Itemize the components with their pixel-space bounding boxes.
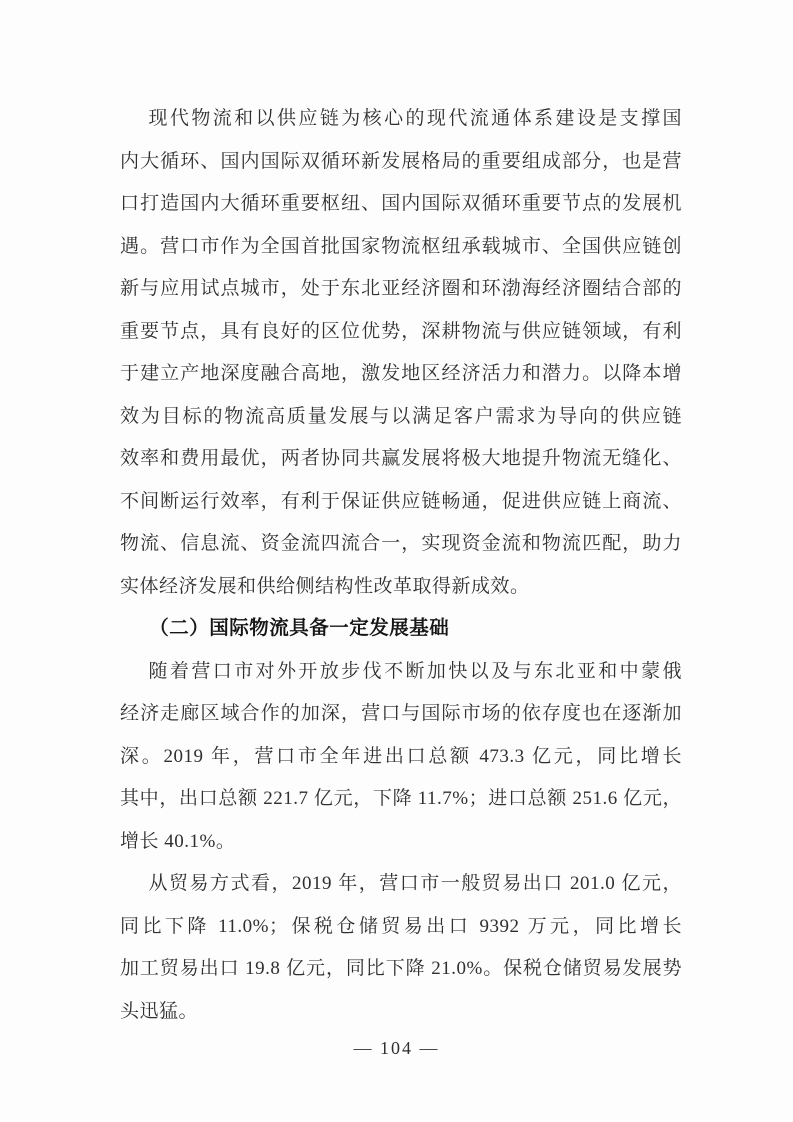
body-line: 内大循环、国内国际双循环新发展格局的重要组成部分，也是营 [120,141,682,184]
body-line: 随着营口市对外开放步伐不断加快以及与东北亚和中蒙俄 [120,651,682,694]
body-line: 头迅猛。 [120,991,682,1034]
body-line: 新与应用试点城市，处于东北亚经济圈和环渤海经济圈结合部的 [120,268,682,311]
body-line: 口打造国内大循环重要枢纽、国内国际双循环重要节点的发展机 [120,183,682,226]
body-line: 深。2019 年，营口市全年进出口总额 473.3 亿元，同比增长 9.9%。 [120,736,682,779]
section-heading: （二）国际物流具备一定发展基础 [120,608,682,651]
body-line: 遇。营口市作为全国首批国家物流枢纽承载城市、全国供应链创 [120,226,682,269]
body-line: 不间断运行效率，有利于保证供应链畅通，促进供应链上商流、 [120,481,682,524]
body-line: 同比下降 11.0%；保税仓储贸易出口 9392 万元，同比增长 301.8%； [120,906,682,949]
body-line: 经济走廊区域合作的加深，营口与国际市场的依存度也在逐渐加 [120,693,682,736]
body-line: 重要节点，具有良好的区位优势，深耕物流与供应链领域，有利 [120,311,682,354]
body-line: 加工贸易出口 19.8 亿元，同比下降 21.0%。保税仓储贸易发展势 [120,948,682,991]
body-line: 其中，出口总额 221.7 亿元，下降 11.7%；进口总额 251.6 亿元， [120,778,682,821]
body-line: 从贸易方式看，2019 年，营口市一般贸易出口 201.0 亿元， [120,863,682,906]
document-page: 现代物流和以供应链为核心的现代流通体系建设是支撑国 内大循环、国内国际双循环新发… [0,0,793,1122]
body-line: 效率和费用最优，两者协同共赢发展将极大地提升物流无缝化、 [120,438,682,481]
body-line: 增长 40.1%。 [120,821,682,864]
body-line: 于建立产地深度融合高地，激发地区经济活力和潜力。以降本增 [120,353,682,396]
body-line: 效为目标的物流高质量发展与以满足客户需求为导向的供应链 [120,396,682,439]
body-line: 实体经济发展和供给侧结构性改革取得新成效。 [120,566,682,609]
page-number: — 104 — [0,1036,793,1060]
body-line: 物流、信息流、资金流四流合一，实现资金流和物流匹配，助力 [120,523,682,566]
text-block: 现代物流和以供应链为核心的现代流通体系建设是支撑国 内大循环、国内国际双循环新发… [120,98,682,1033]
body-line: 现代物流和以供应链为核心的现代流通体系建设是支撑国 [120,98,682,141]
